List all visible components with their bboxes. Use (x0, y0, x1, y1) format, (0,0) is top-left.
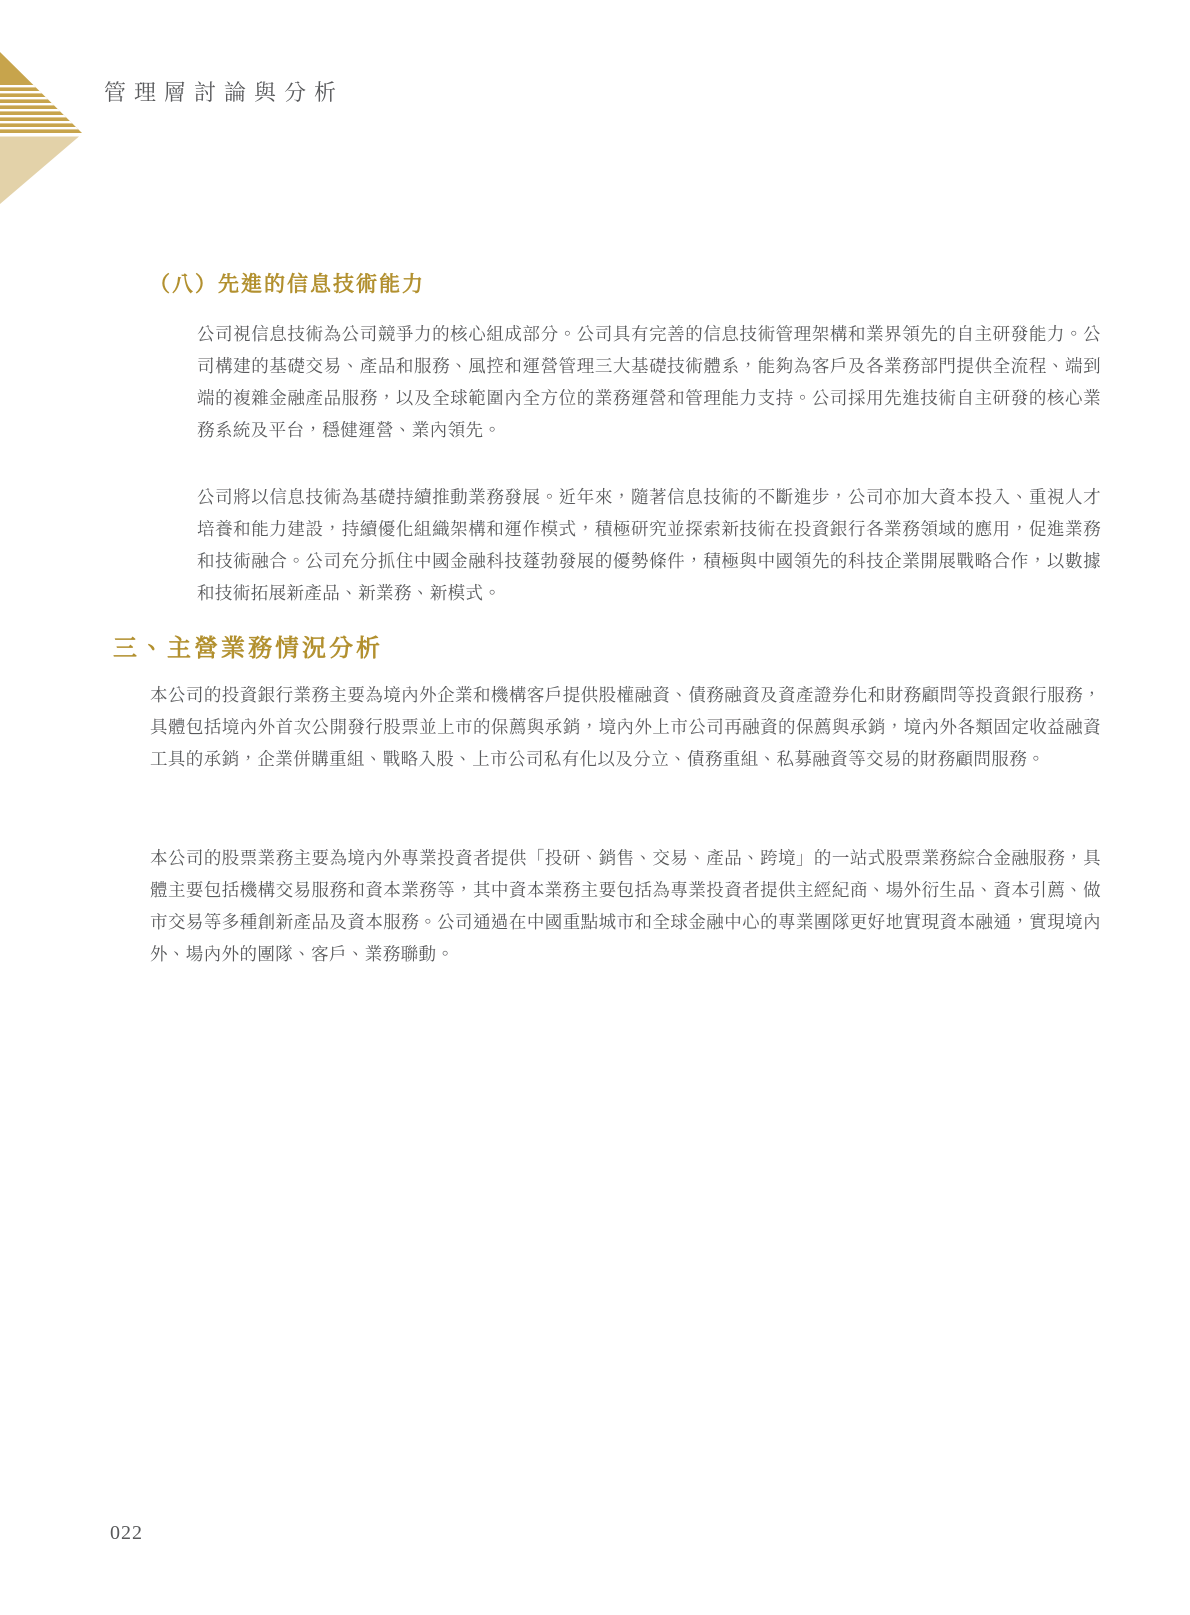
document-page: 管理層討論與分析 （八）先進的信息技術能力 公司視信息技術為公司競爭力的核心組成… (0, 0, 1190, 1615)
section-heading-information-technology: （八）先進的信息技術能力 (149, 268, 425, 298)
logo-lower-triangle (0, 137, 79, 205)
corner-triangle-logo (0, 52, 85, 207)
paragraph: 本公司的股票業務主要為境內外專業投資者提供「投研、銷售、交易、產品、跨境」的一站… (150, 842, 1101, 970)
page-number: 022 (110, 1522, 143, 1545)
paragraph: 公司將以信息技術為基礎持續推動業務發展。近年來，隨著信息技術的不斷進步，公司亦加… (197, 481, 1101, 609)
section-title: 先進的信息技術能力 (218, 273, 425, 296)
section-heading-main-business-analysis: 三、主營業務情況分析 (113, 628, 383, 663)
section-label: 三、 (113, 635, 167, 662)
section-title: 主營業務情況分析 (167, 635, 383, 662)
paragraph: 公司視信息技術為公司競爭力的核心組成部分。公司具有完善的信息技術管理架構和業界領… (197, 318, 1101, 446)
section-label: （八） (149, 273, 218, 296)
page-header-title: 管理層討論與分析 (104, 76, 344, 107)
paragraph: 本公司的投資銀行業務主要為境內外企業和機構客戶提供股權融資、債務融資及資產證券化… (150, 679, 1101, 775)
